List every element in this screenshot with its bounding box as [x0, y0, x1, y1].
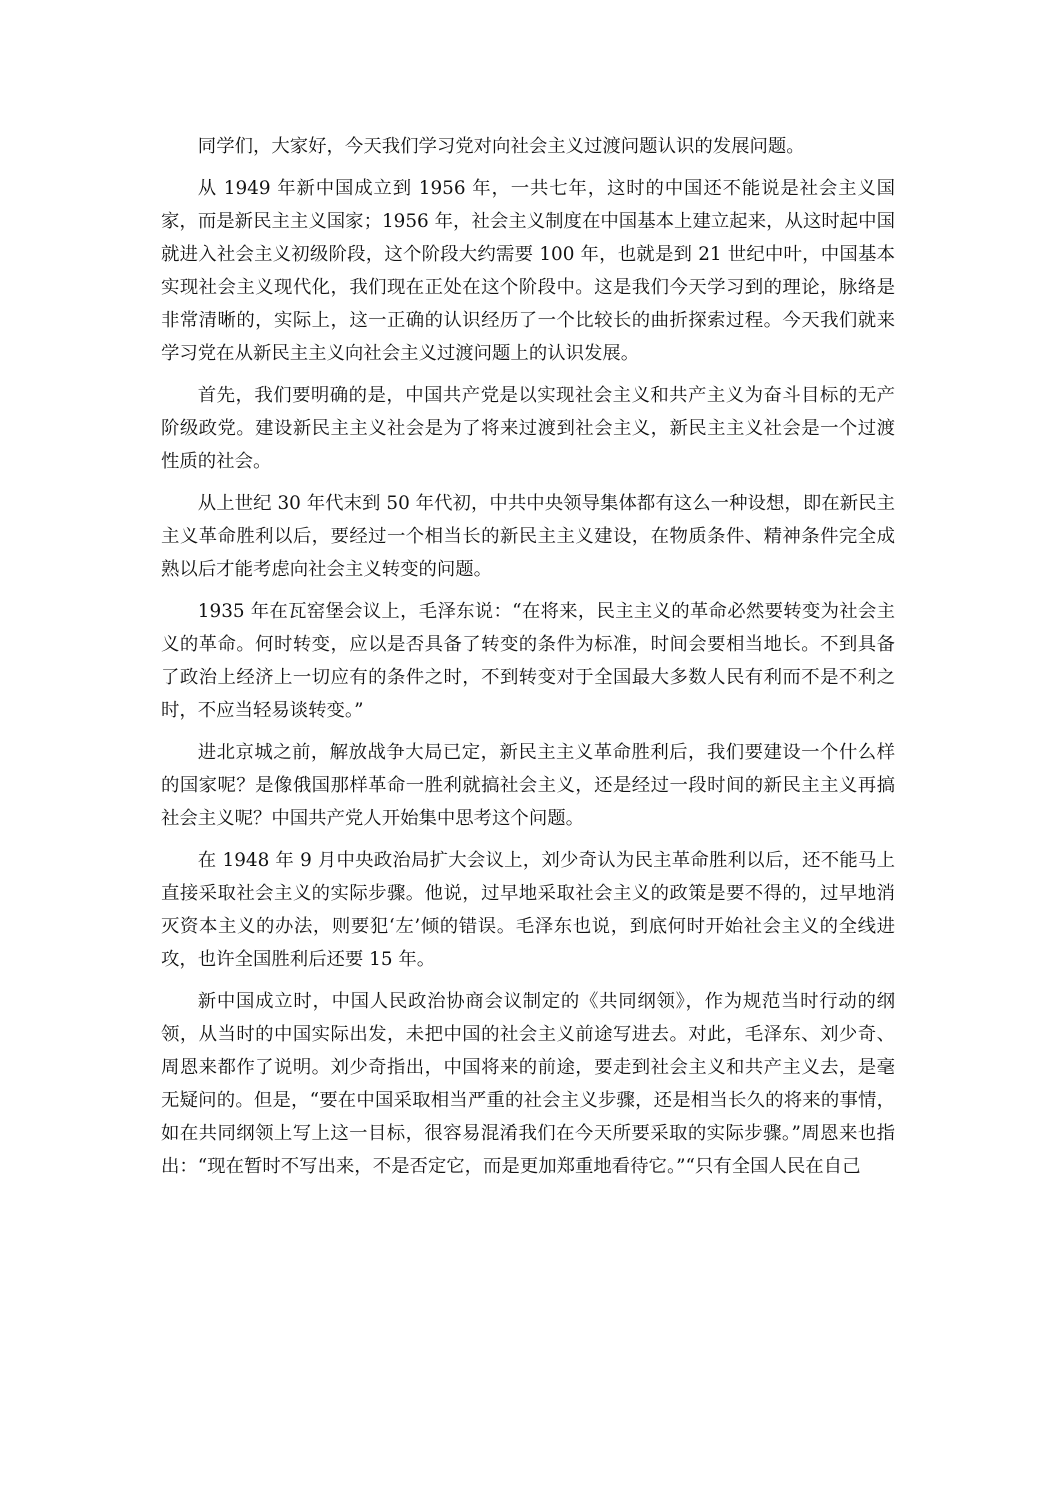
paragraph-party-goal: 首先，我们要明确的是，中国共产党是以实现社会主义和共产主义为奋斗目标的无产阶级政… [161, 379, 895, 478]
paragraph-leadership-concept: 从上世纪 30 年代末到 50 年代初，中共中央领导集体都有这么一种设想，即在新… [161, 487, 895, 586]
paragraph-common-program: 新中国成立时，中国人民政治协商会议制定的《共同纲领》，作为规范当时行动的纲领，从… [161, 985, 895, 1183]
paragraph-before-beijing: 进北京城之前，解放战争大局已定，新民主主义革命胜利后，我们要建设一个什么样的国家… [161, 736, 895, 835]
paragraph-overview: 从 1949 年新中国成立到 1956 年，一共七年，这时的中国还不能说是社会主… [161, 172, 895, 370]
paragraph-wayaobao-quote: 1935 年在瓦窑堡会议上，毛泽东说：“在将来，民主主义的革命必然要转变为社会主… [161, 595, 895, 727]
document-page: 同学们，大家好，今天我们学习党对向社会主义过渡问题认识的发展问题。 从 1949… [161, 130, 895, 1192]
paragraph-1948-meeting: 在 1948 年 9 月中央政治局扩大会议上，刘少奇认为民主革命胜利以后，还不能… [161, 844, 895, 976]
paragraph-greeting: 同学们，大家好，今天我们学习党对向社会主义过渡问题认识的发展问题。 [161, 130, 895, 163]
